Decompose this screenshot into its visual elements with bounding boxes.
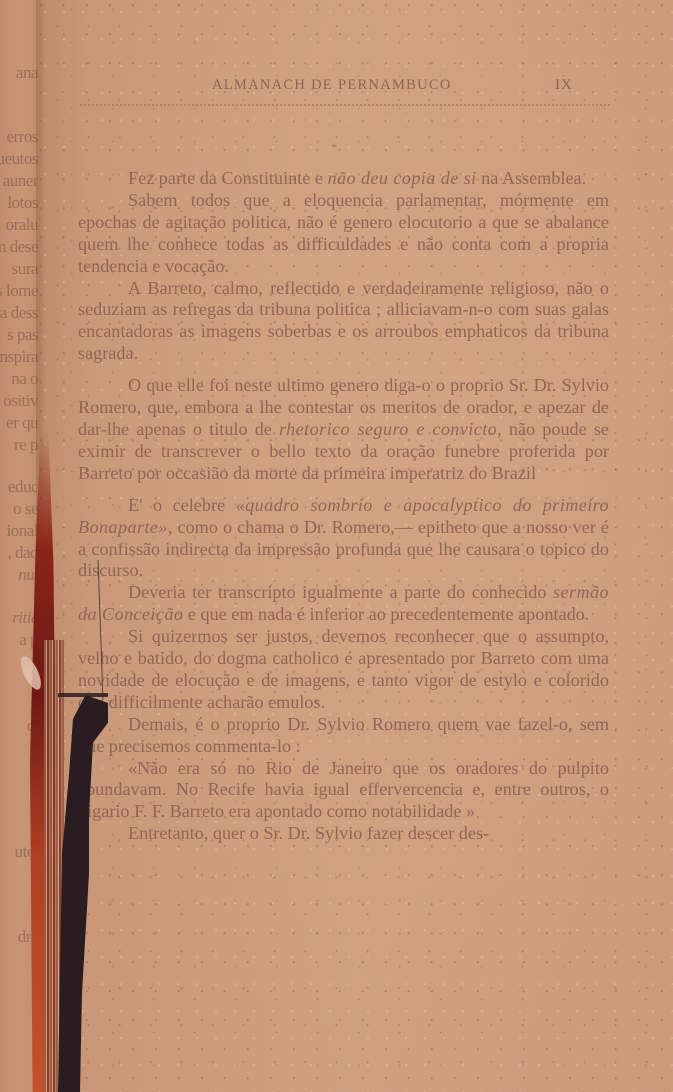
paragraph-sermao: Deveria ter transcripto igualmente a par… xyxy=(78,582,609,626)
facing-page-edge: ana erros ueutos auner lotos oralu m des… xyxy=(0,0,40,1092)
text-run: Deveria ter transcripto igualmente a par… xyxy=(128,582,553,602)
page-body: Fez parte da Constituinte e não deu copi… xyxy=(78,168,609,845)
paragraph-constituinte: Fez parte da Constituinte e não deu copi… xyxy=(78,168,609,190)
italic-phrase: não deu copia de si xyxy=(328,168,477,188)
text-run: A Barreto, calmo, reflectido e verdadeir… xyxy=(78,278,609,364)
facing-page-fragment: s pas xyxy=(7,326,38,343)
text-run: e que em nada é inferior ao precedenteme… xyxy=(183,604,589,624)
facing-page-fragment: utel xyxy=(15,843,39,860)
facing-page-fragment: ra dess xyxy=(0,304,38,321)
facing-page-fragment: re p xyxy=(14,436,38,453)
block-quote: «Não era só no Rio de Janeiro que os ora… xyxy=(78,758,609,822)
facing-page-fragment: dre xyxy=(18,928,38,945)
paragraph-quotation: «Não era só no Rio de Janeiro que os ora… xyxy=(78,758,609,824)
text-run: Si quizermos ser justos, devemos reconhe… xyxy=(78,626,609,712)
paragraph-quadro-sombrio: E' o celebre «quadro sombrio e apocalypt… xyxy=(78,495,609,583)
italic-phrase: rhetorico seguro e convicto xyxy=(279,419,497,439)
facing-page-fragment: ional xyxy=(7,522,39,539)
facing-page-fragment: sura xyxy=(12,260,38,277)
facing-page-fragment: s lome xyxy=(0,282,38,299)
facing-page-fragment: ueutos xyxy=(0,150,38,167)
text-run: Entretanto, quer o Sr. Dr. Sylvio fazer … xyxy=(128,823,489,843)
paragraph-sylvio-romero: O que elle foi neste ultimo genero diga-… xyxy=(78,375,609,485)
page-number: IX xyxy=(555,77,573,94)
paragraph-eloquencia: Sabem todos que a eloquencia parlamentar… xyxy=(78,190,609,278)
facing-page-fragment: lotos xyxy=(7,194,38,211)
paragraph-demais: Demais, é o proprio Dr. Sylvio Romero qu… xyxy=(78,714,609,758)
text-run: Sabem todos que a eloquencia parlamentar… xyxy=(78,190,609,276)
asterisk-ornament-icon: * xyxy=(331,140,337,155)
facing-page-fragment: o se xyxy=(13,500,38,517)
text-run: E' o celebre xyxy=(128,495,236,515)
header-dotted-rule xyxy=(80,104,610,106)
facing-page-fragment: nspira xyxy=(0,348,38,365)
text-run: Fez parte da Constituinte e xyxy=(128,168,328,188)
text-run: na Assemblea. xyxy=(477,168,587,188)
paragraph-barreto-calmo: A Barreto, calmo, reflectido e verdadeir… xyxy=(78,278,609,366)
facing-page-fragment: er qu xyxy=(6,414,38,431)
facing-page-fragment: m dese xyxy=(0,238,38,255)
running-header-title: ALMANACH DE PERNAMBUCO xyxy=(212,77,452,94)
facing-page-fragment: , dad xyxy=(7,544,38,561)
facing-page-fragment: auner xyxy=(3,172,38,189)
text-run: Demais, é o proprio Dr. Sylvio Romero qu… xyxy=(78,714,609,756)
facing-page-fragment: educ xyxy=(8,478,38,495)
facing-page-fragment: erros xyxy=(7,128,38,145)
paragraph-entretanto: Entretanto, quer o Sr. Dr. Sylvio fazer … xyxy=(78,823,609,845)
facing-page-fragment: ositiv xyxy=(3,392,38,409)
paragraph-justos: Si quizermos ser justos, devemos reconhe… xyxy=(78,626,609,714)
gutter-shadow xyxy=(36,0,46,1092)
facing-page-fragment: na o xyxy=(11,370,38,387)
facing-page-fragment: oralu xyxy=(6,216,38,233)
facing-page-fragment: ana xyxy=(16,64,38,81)
facing-page-fragment: ritic xyxy=(12,609,38,626)
